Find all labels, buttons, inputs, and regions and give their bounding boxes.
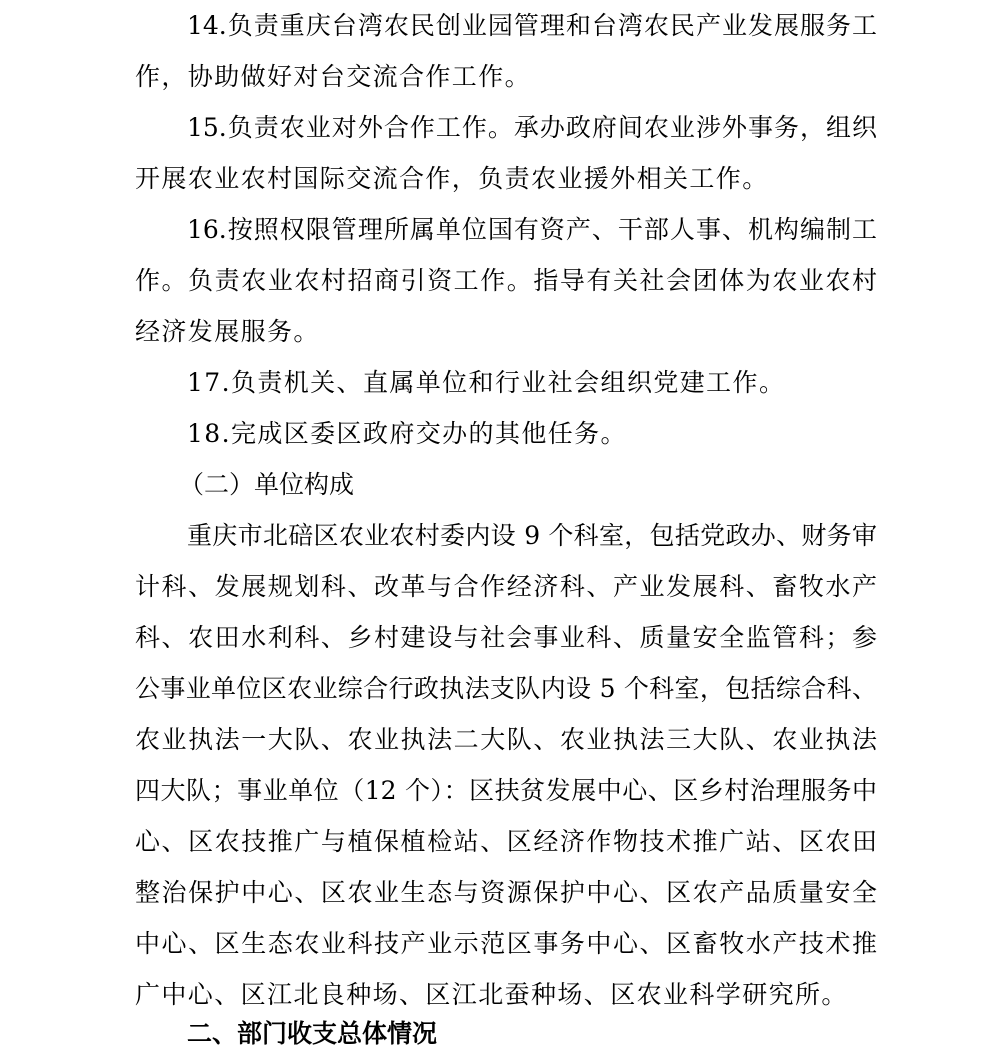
item-15-line-2: 开展农业农村国际交流合作，负责农业援外相关工作。 <box>135 153 877 204</box>
item-17-line-1: 17.负责机关、直属单位和行业社会组织党建工作。 <box>187 357 877 408</box>
unit-composition-line-1: 重庆市北碚区农业农村委内设 9 个科室，包括党政办、财务审 <box>187 510 877 561</box>
item-14-line-2: 作，协助做好对台交流合作工作。 <box>135 51 877 102</box>
unit-composition-line-7: 心、区农技推广与植保植检站、区经济作物技术推广站、区农田 <box>135 816 877 867</box>
unit-composition-line-3: 科、农田水利科、乡村建设与社会事业科、质量安全监管科；参 <box>135 612 877 663</box>
section-heading: 二、部门收支总体情况 <box>187 1008 437 1057</box>
item-18-line-1: 18.完成区委区政府交办的其他任务。 <box>187 408 877 459</box>
unit-composition-line-4: 公事业单位区农业综合行政执法支队内设 5 个科室，包括综合科、 <box>135 663 877 714</box>
unit-composition-line-2: 计科、发展规划科、改革与合作经济科、产业发展科、畜牧水产 <box>135 561 877 612</box>
subsection-heading: （二）单位构成 <box>179 459 354 510</box>
item-16-line-3: 经济发展服务。 <box>135 306 877 357</box>
unit-composition-line-6: 四大队；事业单位（12 个）：区扶贫发展中心、区乡村治理服务中 <box>135 765 877 816</box>
unit-composition-line-5: 农业执法一大队、农业执法二大队、农业执法三大队、农业执法 <box>135 714 877 765</box>
item-14-line-1: 14.负责重庆台湾农民创业园管理和台湾农民产业发展服务工 <box>187 0 877 51</box>
item-15-line-1: 15.负责农业对外合作工作。承办政府间农业涉外事务，组织 <box>187 102 877 153</box>
unit-composition-line-9: 中心、区生态农业科技产业示范区事务中心、区畜牧水产技术推 <box>135 918 877 969</box>
unit-composition-line-8: 整治保护中心、区农业生态与资源保护中心、区农产品质量安全 <box>135 867 877 918</box>
item-16-line-2: 作。负责农业农村招商引资工作。指导有关社会团体为农业农村 <box>135 255 877 306</box>
item-16-line-1: 16.按照权限管理所属单位国有资产、干部人事、机构编制工 <box>187 204 877 255</box>
